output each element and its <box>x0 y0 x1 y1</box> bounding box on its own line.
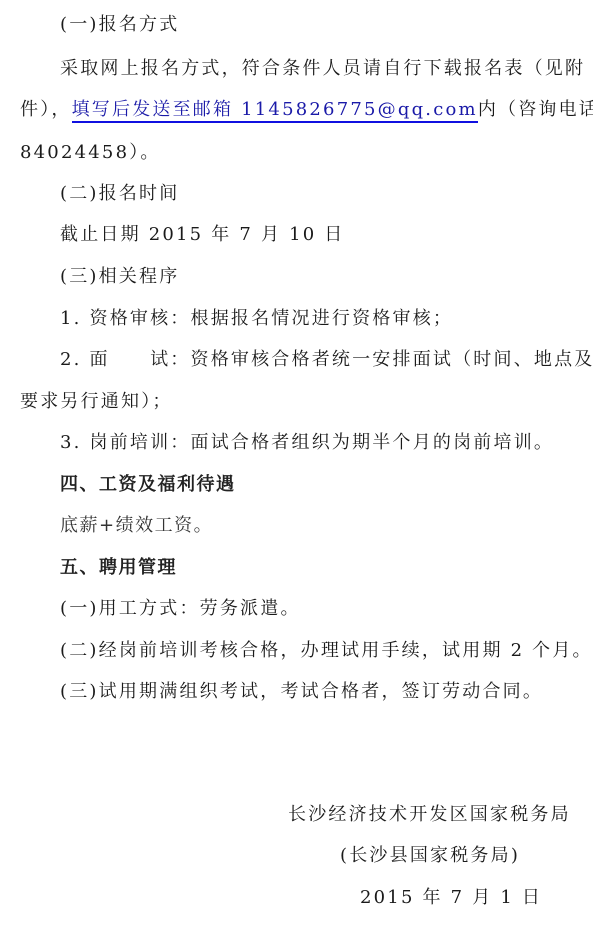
procedure-step-3: 3. 岗前培训：面试合格者组织为期半个月的岗前培训。 <box>60 432 554 454</box>
signature-date: 2015 年 7 月 1 日 <box>360 887 542 909</box>
registration-deadline: 截止日期 2015 年 7 月 10 日 <box>60 224 345 246</box>
registration-method-paragraph-line1: 采取网上报名方式，符合条件人员请自行下载报名表（见附 <box>60 58 585 80</box>
procedure-step-2-line2: 要求另行通知）； <box>20 391 173 413</box>
procedure-step-2-line1: 2. 面 试：资格审核合格者统一安排面试（时间、地点及 <box>60 349 593 371</box>
employment-item-3: (三)试用期满组织考试，考试合格者，签订劳动合同。 <box>60 681 543 703</box>
subsection-title-registration-time: (二)报名时间 <box>60 183 179 205</box>
procedure-step-1: 1. 资格审核：根据报名情况进行资格审核； <box>60 308 453 330</box>
paragraph-suffix: 内（咨询电话 <box>478 99 593 120</box>
email-link[interactable]: 填写后发送至邮箱 1145826775@qq.com <box>72 99 478 123</box>
section-title-employment-management: 五、聘用管理 <box>60 557 177 579</box>
subsection-title-registration-method: (一)报名方式 <box>60 14 179 36</box>
consult-phone-line: 84024458）。 <box>20 142 161 164</box>
employment-item-1: (一)用工方式：劳务派遣。 <box>60 598 301 620</box>
employment-item-2: (二)经岗前培训考核合格，办理试用手续，试用期 2 个月。 <box>60 640 593 662</box>
signature-organization-alt: (长沙县国家税务局) <box>340 845 520 867</box>
subsection-title-procedure: (三)相关程序 <box>60 266 179 288</box>
signature-organization: 长沙经济技术开发区国家税务局 <box>288 804 571 826</box>
section-title-salary: 四、工资及福利待遇 <box>60 474 236 496</box>
registration-method-paragraph-line2: 件），填写后发送至邮箱 1145826775@qq.com内（咨询电话 <box>20 99 593 121</box>
paragraph-prefix: 件）， <box>20 99 72 120</box>
salary-content: 底薪+绩效工资。 <box>60 515 213 537</box>
